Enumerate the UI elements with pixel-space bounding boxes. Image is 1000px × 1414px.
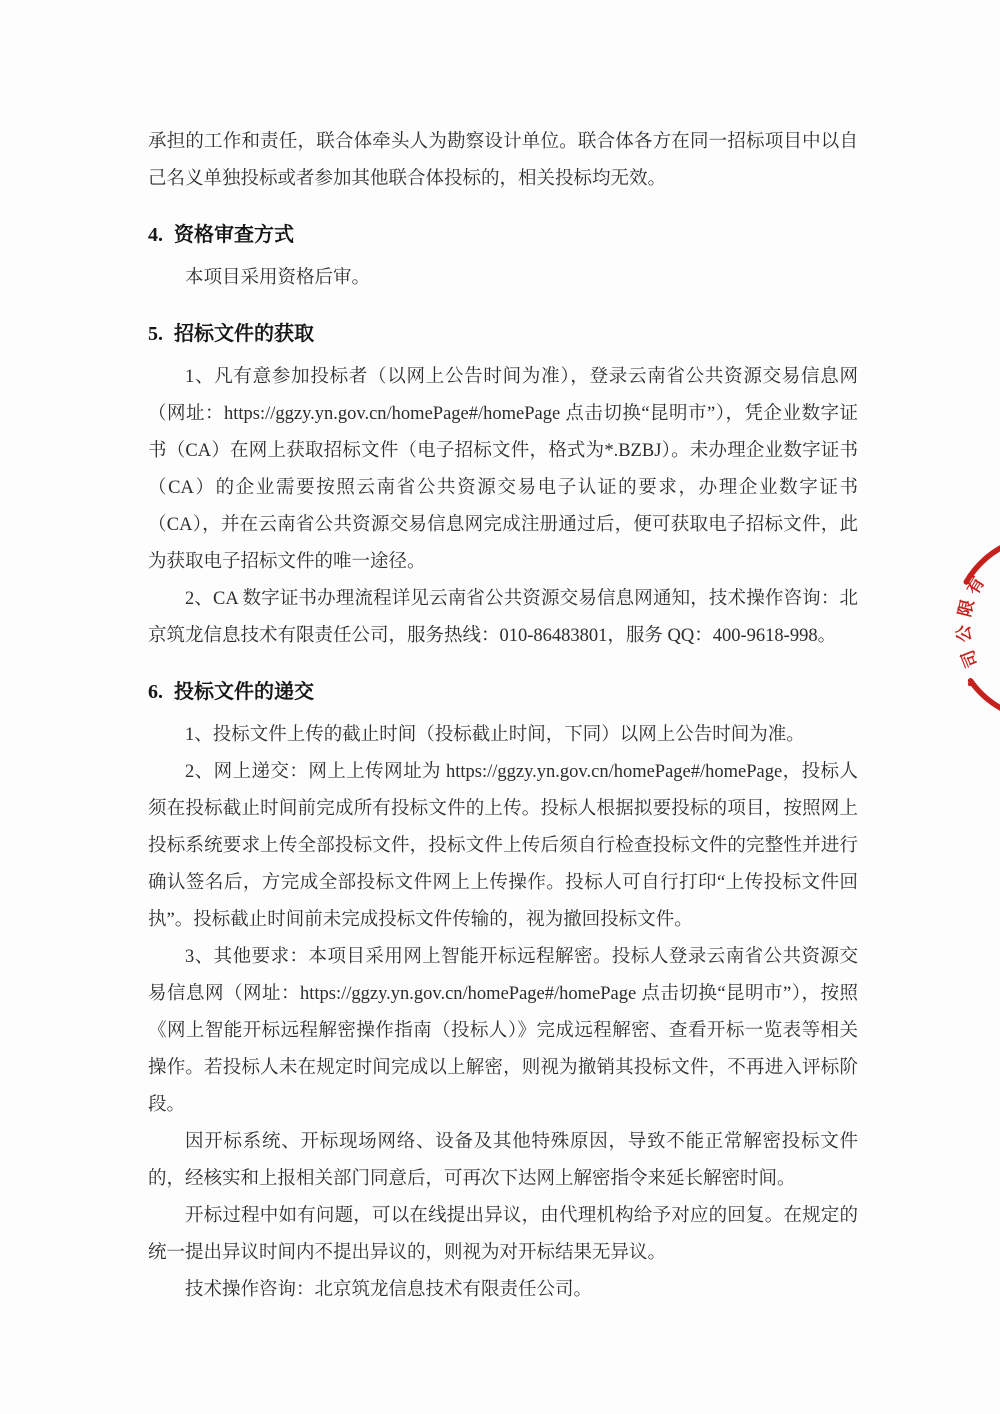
paragraph: 技术操作咨询：北京筑龙信息技术有限责任公司。 bbox=[148, 1272, 858, 1309]
company-seal-icon: 有 限 公 司 bbox=[944, 538, 1000, 718]
section-heading-6: 6.投标文件的递交 bbox=[148, 677, 858, 707]
document-body: 承担的工作和责任，联合体牵头人为勘察设计单位。联合体各方在同一招标项目中以自己名… bbox=[148, 124, 858, 1309]
continuation-paragraph: 承担的工作和责任，联合体牵头人为勘察设计单位。联合体各方在同一招标项目中以自己名… bbox=[148, 124, 858, 198]
seal-rim-top-arc bbox=[966, 543, 1000, 582]
section-heading-4: 4.资格审查方式 bbox=[148, 220, 858, 250]
paragraph: 本项目采用资格后审。 bbox=[148, 260, 858, 297]
seal-separator-dot bbox=[968, 682, 972, 686]
seal-char: 有 bbox=[962, 573, 988, 598]
paragraph: 因开标系统、开标现场网络、设备及其他特殊原因，导致不能正常解密投标文件的，经核实… bbox=[148, 1124, 858, 1198]
section-title: 投标文件的递交 bbox=[174, 681, 314, 703]
paragraph: 2、网上递交：网上上传网址为 https://ggzy.yn.gov.cn/ho… bbox=[148, 754, 858, 939]
section-title: 资格审查方式 bbox=[174, 224, 294, 246]
paragraph: 1、凡有意参加投标者（以网上公告时间为准），登录云南省公共资源交易信息网（网址：… bbox=[148, 359, 858, 581]
seal-rim-bottom-arc bbox=[971, 681, 1000, 711]
paragraph: 1、投标文件上传的截止时间（投标截止时间，下同）以网上公告时间为准。 bbox=[148, 717, 858, 754]
paragraph: 开标过程中如有问题，可以在线提出异议，由代理机构给予对应的回复。在规定的统一提出… bbox=[148, 1198, 858, 1272]
section-title: 招标文件的获取 bbox=[174, 323, 314, 345]
document-page: 承担的工作和责任，联合体牵头人为勘察设计单位。联合体各方在同一招标项目中以自己名… bbox=[0, 0, 1000, 1414]
seal-char: 司 bbox=[958, 647, 982, 670]
section-number: 5. bbox=[148, 319, 163, 349]
seal-char: 限 bbox=[955, 598, 978, 619]
seal-char: 公 bbox=[954, 625, 974, 643]
paragraph: 2、CA 数字证书办理流程详见云南省公共资源交易信息网通知，技术操作咨询：北京筑… bbox=[148, 581, 858, 655]
section-number: 6. bbox=[148, 677, 163, 707]
section-heading-5: 5.招标文件的获取 bbox=[148, 319, 858, 349]
paragraph: 3、其他要求：本项目采用网上智能开标远程解密。投标人登录云南省公共资源交易信息网… bbox=[148, 939, 858, 1124]
section-number: 4. bbox=[148, 220, 163, 250]
